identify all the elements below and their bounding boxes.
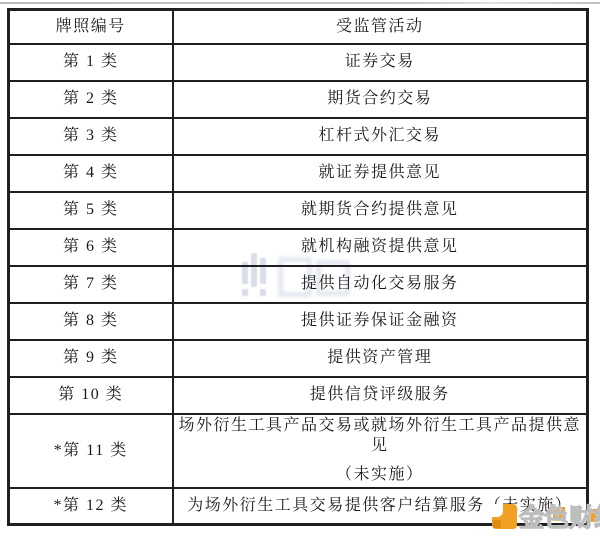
activity-text: 提供自动化交易服务 [178,274,583,294]
table-row: 第 2 类 期货合约交易 [9,81,588,118]
license-cell: 第 3 类 [9,118,173,155]
table-row: 第 4 类 就证券提供意见 [9,155,588,192]
activity-text: 杠杆式外汇交易 [178,126,583,146]
table-header-row: 牌照编号 受监管活动 [9,10,588,44]
activity-cell: 提供自动化交易服务 [173,266,588,303]
license-cell: 第 8 类 [9,303,173,340]
table-row: 第 5 类 就期货合约提供意见 [9,192,588,229]
license-table: 牌照编号 受监管活动 第 1 类 证券交易 第 2 类 期货合约交易 第 3 类… [7,8,589,526]
activity-text: 就证券提供意见 [178,163,583,183]
license-cell: 第 9 类 [9,340,173,377]
license-cell: 第 2 类 [9,81,173,118]
regulated-activity-header: 受监管活动 [173,10,588,44]
activity-cell: 提供信贷评级服务 [173,377,588,414]
table-body: 第 1 类 证券交易 第 2 类 期货合约交易 第 3 类 杠杆式外汇交易 第 … [9,44,588,525]
table-row: 第 10 类 提供信贷评级服务 [9,377,588,414]
activity-cell: 为场外衍生工具交易提供客户结算服务（未实施） [173,488,588,525]
activity-cell: 提供资产管理 [173,340,588,377]
activity-text: 就机构融资提供意见 [178,237,583,257]
table-row: *第 11 类 场外衍生工具产品交易或就场外衍生工具产品提供意见 （未实施） [9,414,588,488]
license-cell: 第 10 类 [9,377,173,414]
license-cell: *第 11 类 [9,414,173,488]
license-cell: *第 12 类 [9,488,173,525]
activity-cell: 就期货合约提供意见 [173,192,588,229]
activity-text: 提供资产管理 [178,348,583,368]
table-row: 第 6 类 就机构融资提供意见 [9,229,588,266]
license-cell: 第 1 类 [9,44,173,81]
table-row: 第 3 类 杠杆式外汇交易 [9,118,588,155]
license-number-header: 牌照编号 [9,10,173,44]
activity-note-text: （未实施） [178,465,583,485]
activity-text: 就期货合约提供意见 [178,200,583,220]
table-row: 第 8 类 提供证券保证金融资 [9,303,588,340]
table-row: 第 1 类 证券交易 [9,44,588,81]
table-row: *第 12 类 为场外衍生工具交易提供客户结算服务（未实施） [9,488,588,525]
activity-cell: 杠杆式外汇交易 [173,118,588,155]
table-row: 第 9 类 提供资产管理 [9,340,588,377]
activity-cell: 就证券提供意见 [173,155,588,192]
activity-text: 提供信贷评级服务 [178,385,583,405]
activity-cell: 场外衍生工具产品交易或就场外衍生工具产品提供意见 （未实施） [173,414,588,488]
license-cell: 第 5 类 [9,192,173,229]
license-cell: 第 7 类 [9,266,173,303]
activity-text: 场外衍生工具产品交易或就场外衍生工具产品提供意见 [178,416,583,456]
license-cell: 第 6 类 [9,229,173,266]
activity-text: 提供证券保证金融资 [178,311,583,331]
table-row: 第 7 类 提供自动化交易服务 [9,266,588,303]
activity-cell: 证券交易 [173,44,588,81]
activity-cell: 提供证券保证金融资 [173,303,588,340]
activity-text: 证券交易 [178,52,583,72]
activity-cell: 就机构融资提供意见 [173,229,588,266]
top-edge-line [0,2,600,4]
activity-text: 为场外衍生工具交易提供客户结算服务（未实施） [178,496,583,516]
activity-cell: 期货合约交易 [173,81,588,118]
license-cell: 第 4 类 [9,155,173,192]
activity-text: 期货合约交易 [178,89,583,109]
